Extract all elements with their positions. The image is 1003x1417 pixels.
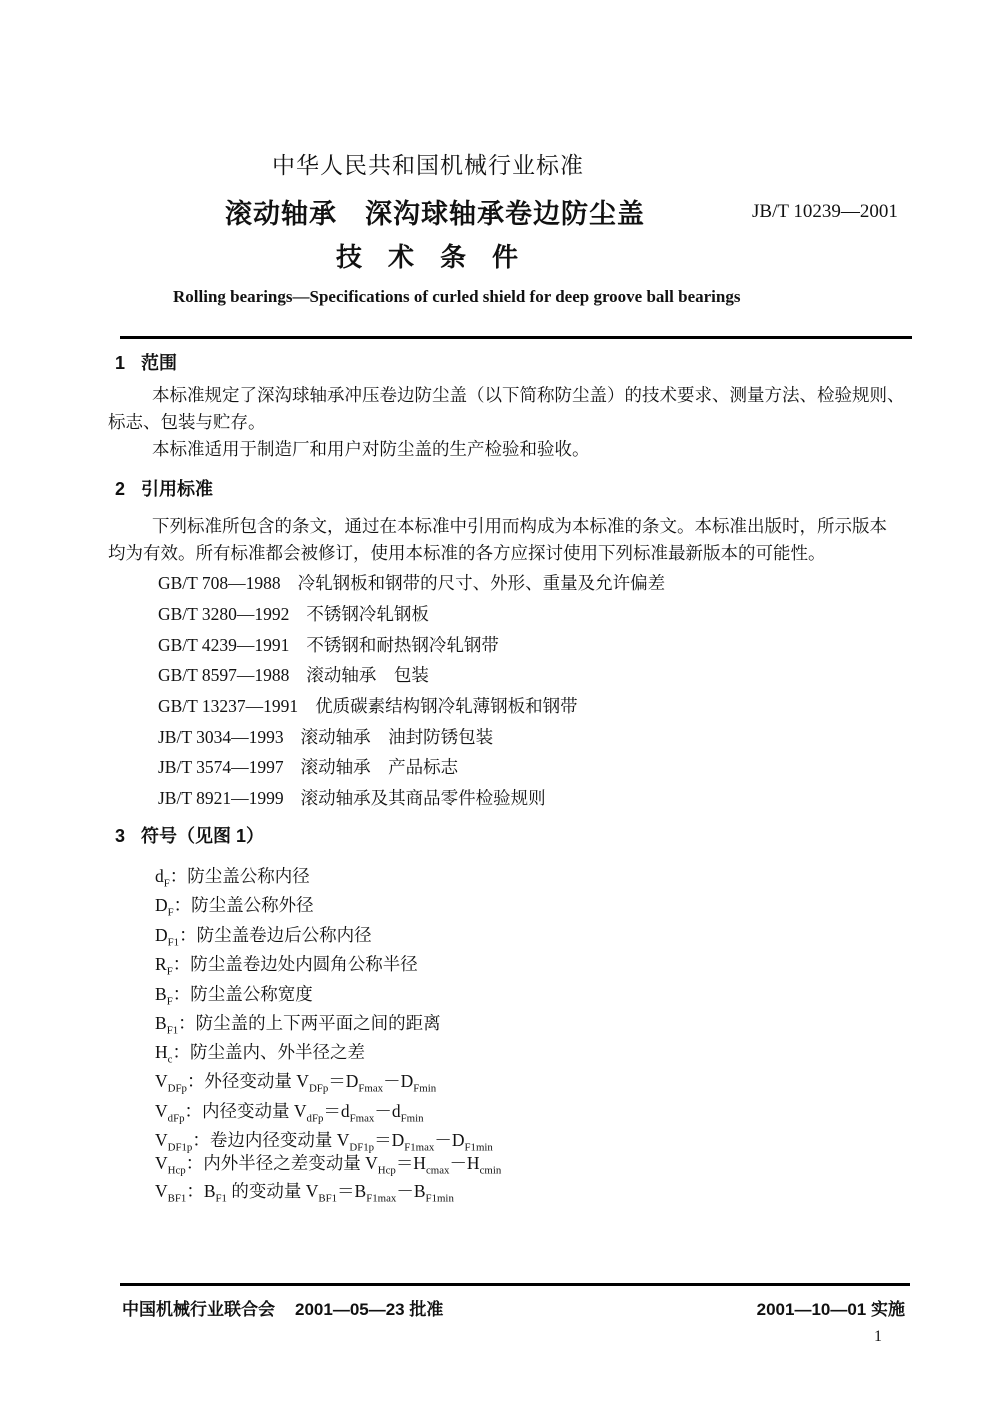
scope-paragraph-line: 本标准规定了深沟球轴承冲压卷边防尘盖（以下简称防尘盖）的技术要求、测量方法、检验…	[152, 382, 905, 407]
reference-code: GB/T 8597—1988	[158, 665, 289, 685]
scope-paragraph-line: 标志、包装与贮存。	[108, 409, 266, 434]
reference-item: GB/T 3280—1992不锈钢冷轧钢板	[158, 601, 429, 626]
symbol-definition: BF1：防尘盖的上下两平面之间的距离	[155, 1010, 441, 1035]
reference-title: 滚动轴承及其商品零件检验规则	[301, 788, 546, 808]
reference-item: JB/T 3574—1997滚动轴承 产品标志	[158, 754, 458, 779]
footer-implement-date: 2001—10—01 实施	[757, 1295, 905, 1320]
section-number: 3	[115, 826, 125, 846]
standard-title-chinese: 滚动轴承 深沟球轴承卷边防尘盖	[225, 192, 645, 231]
reference-title: 不锈钢和耐热钢冷轧钢带	[306, 635, 499, 655]
reference-item: GB/T 708—1988冷轧钢板和钢带的尺寸、外形、重量及允许偏差	[158, 570, 665, 595]
reference-item: JB/T 3034—1993滚动轴承 油封防锈包装	[158, 724, 493, 749]
reference-title: 滚动轴承 油封防锈包装	[301, 727, 494, 747]
symbol-definition: VDF1p：卷边内径变动量 VDF1p＝DF1max－DF1min	[155, 1127, 493, 1152]
section-title: 符号（见图 1）	[141, 826, 264, 846]
standard-title-english: Rolling bearings—Specifications of curle…	[173, 287, 740, 307]
symbol-definition: VDFp：外径变动量 VDFp＝DFmax－DFmin	[155, 1068, 436, 1093]
reference-code: JB/T 3574—1997	[158, 757, 284, 777]
symbol-definition: VBF1：BF1 的变动量 VBF1＝BF1max－BF1min	[155, 1178, 454, 1203]
reference-code: JB/T 3034—1993	[158, 727, 284, 747]
symbol-definition: Hc：防尘盖内、外半径之差	[155, 1039, 365, 1064]
header-divider-rule	[120, 336, 912, 339]
section-heading-references: 2引用标准	[115, 475, 213, 501]
reference-code: GB/T 4239—1991	[158, 635, 289, 655]
reference-title: 不锈钢冷轧钢板	[306, 604, 429, 624]
symbol-definition: VHcp：内外半径之差变动量 VHcp＝Hcmax－Hcmin	[155, 1150, 501, 1175]
symbol-definition: RF：防尘盖卷边处内圆角公称半径	[155, 951, 418, 976]
scope-paragraph-line: 本标准适用于制造厂和用户对防尘盖的生产检验和验收。	[152, 436, 590, 461]
section-title: 引用标准	[141, 479, 213, 499]
reference-code: GB/T 3280—1992	[158, 604, 289, 624]
section-heading-symbols: 3符号（见图 1）	[115, 822, 264, 848]
reference-title: 冷轧钢板和钢带的尺寸、外形、重量及允许偏差	[298, 573, 666, 593]
footer-divider-rule	[120, 1283, 910, 1286]
footer-approval: 中国机械行业联合会2001—05—23 批准	[122, 1295, 443, 1320]
section-number: 1	[115, 353, 125, 373]
reference-item: JB/T 8921—1999滚动轴承及其商品零件检验规则	[158, 785, 546, 810]
reference-code: JB/T 8921—1999	[158, 788, 284, 808]
symbol-definition: BF：防尘盖公称宽度	[155, 981, 313, 1006]
reference-title: 滚动轴承 产品标志	[301, 757, 459, 777]
references-intro-line: 均为有效。所有标准都会被修订，使用本标准的各方应探讨使用下列标准最新版本的可能性…	[108, 540, 826, 565]
reference-title: 优质碳素结构钢冷轧薄钢板和钢带	[315, 696, 578, 716]
footer-approve-date: 2001—05—23 批准	[295, 1300, 443, 1319]
standard-number: JB/T 10239—2001	[752, 201, 898, 223]
reference-item: GB/T 13237—1991优质碳素结构钢冷轧薄钢板和钢带	[158, 693, 578, 718]
symbol-definition: DF：防尘盖公称外径	[155, 892, 314, 917]
reference-item: GB/T 4239—1991不锈钢和耐热钢冷轧钢带	[158, 632, 499, 657]
reference-title: 滚动轴承 包装	[306, 665, 429, 685]
standard-subtitle-chinese: 技 术 条 件	[336, 237, 518, 274]
reference-code: GB/T 708—1988	[158, 573, 281, 593]
reference-item: GB/T 8597—1988滚动轴承 包装	[158, 662, 429, 687]
references-intro-line: 下列标准所包含的条文，通过在本标准中引用而构成为本标准的条文。本标准出版时，所示…	[152, 513, 887, 538]
section-number: 2	[115, 479, 125, 499]
section-heading-scope: 1范围	[115, 349, 177, 375]
standard-type-heading: 中华人民共和国机械行业标准	[272, 147, 584, 180]
footer-issuer: 中国机械行业联合会	[122, 1300, 275, 1319]
symbol-definition: VdFp：内径变动量 VdFp＝dFmax－dFmin	[155, 1098, 424, 1123]
symbol-definition: DF1：防尘盖卷边后公称内径	[155, 922, 372, 947]
reference-code: GB/T 13237—1991	[158, 696, 298, 716]
page-number: 1	[874, 1328, 882, 1346]
symbol-definition: dF：防尘盖公称内径	[155, 863, 310, 888]
section-title: 范围	[141, 353, 177, 373]
document-page: 中华人民共和国机械行业标准 滚动轴承 深沟球轴承卷边防尘盖 JB/T 10239…	[0, 0, 1003, 1417]
